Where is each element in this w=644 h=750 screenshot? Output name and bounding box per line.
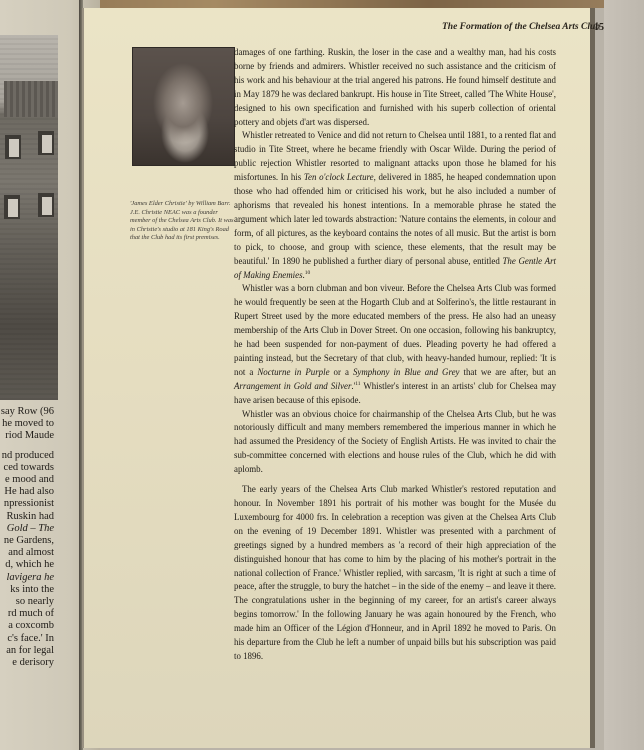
left-text-line: he moved to (0, 418, 54, 430)
portrait-caption: 'James Elder Christie' by William Barr. … (130, 200, 238, 243)
left-text-line: Gold – The (0, 523, 54, 535)
left-text-line: Ruskin had (0, 511, 54, 523)
left-text-line: He had also (0, 486, 54, 498)
left-text-line: npressionist (0, 498, 54, 510)
left-text-line: say Row (96 (0, 406, 54, 418)
left-text-line: ks into the (0, 584, 54, 596)
left-page-text-fragments: say Row (96he moved toriod Maudend produ… (0, 406, 54, 669)
left-text-line: and almost (0, 547, 54, 559)
paragraph: The early years of the Chelsea Arts Club… (234, 483, 556, 664)
left-text-line: ced towards (0, 462, 54, 474)
left-text-line: rd much of (0, 608, 54, 620)
left-text-line: lavigera he (0, 572, 54, 584)
left-text-line: ne Gardens, (0, 535, 54, 547)
left-text-line: e derisory (0, 657, 54, 669)
roof-detail (4, 81, 58, 117)
left-text-line: riod Maude (0, 430, 54, 442)
left-text-line: so nearly (0, 596, 54, 608)
right-page: The Formation of the Chelsea Arts Club 1… (82, 8, 595, 748)
left-text-line: e mood and (0, 474, 54, 486)
left-text-line: d, which he (0, 559, 54, 571)
window-icon (5, 135, 21, 159)
paragraph: Whistler retreated to Venice and did not… (234, 129, 556, 282)
left-text-line: an for legal (0, 645, 54, 657)
portrait-image (132, 47, 235, 166)
background-surface (604, 0, 644, 750)
window-icon (38, 131, 54, 155)
left-text-line: nd produced (0, 450, 54, 462)
window-icon (38, 193, 54, 217)
running-head: The Formation of the Chelsea Arts Club (442, 22, 592, 32)
left-text-line: c's face.' In (0, 633, 54, 645)
paragraph: damages of one farthing. Ruskin, the los… (234, 46, 556, 129)
window-icon (4, 195, 20, 219)
paragraph: Whistler was a born clubman and bon vive… (234, 282, 556, 407)
paragraph: Whistler was an obvious choice for chair… (234, 408, 556, 478)
body-text: damages of one farthing. Ruskin, the los… (234, 46, 556, 664)
left-text-line (0, 443, 54, 450)
building-illustration (0, 35, 58, 400)
page-number: 15 (594, 22, 604, 33)
left-text-line: a coxcomb (0, 620, 54, 632)
